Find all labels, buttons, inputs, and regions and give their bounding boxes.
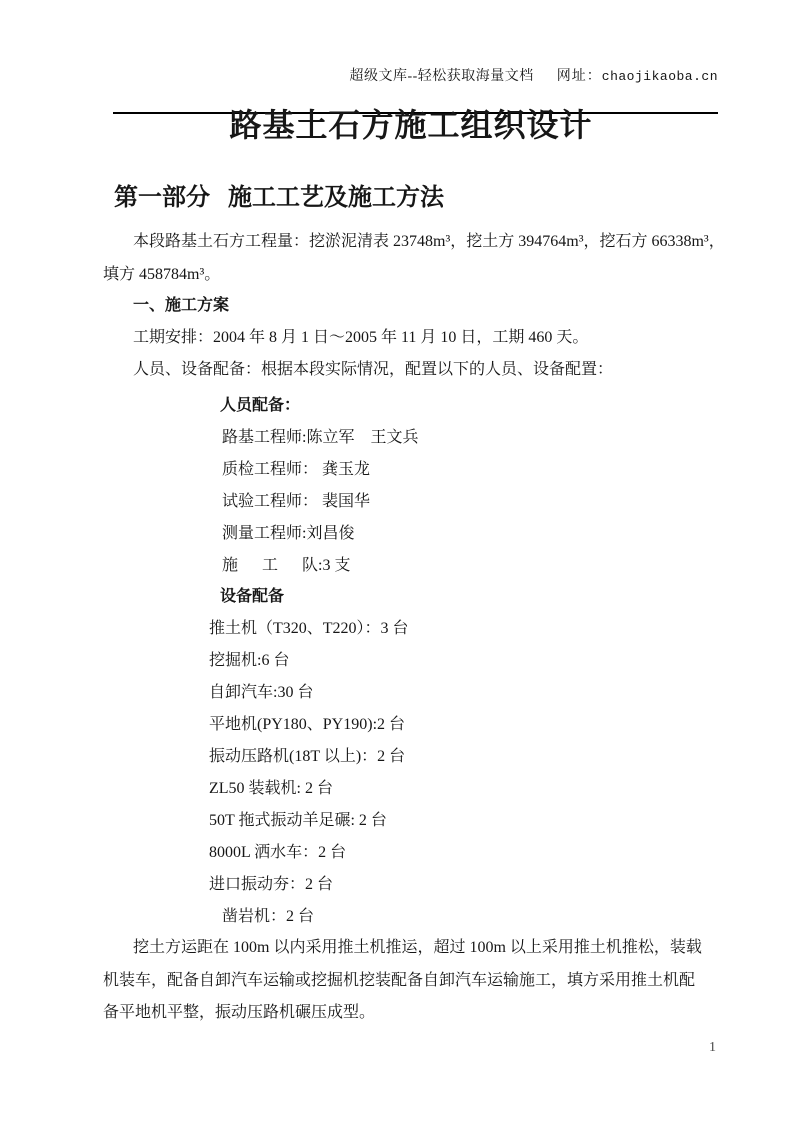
part1-heading: 第一部分 施工工艺及施工方法 (114, 181, 444, 215)
header-slogan: 超级文库--轻松获取海量文档 (349, 69, 533, 84)
equipment-item: 凿岩机：2 台 (103, 901, 743, 933)
equipment-item: ZL50 装载机: 2 台 (103, 773, 743, 805)
resource-list: 人员配备： 路基工程师:陈立军 王文兵 质检工程师： 龚玉龙 试验工程师： 裴国… (103, 390, 743, 932)
header-site-url: chaojikaoba.cn (602, 69, 718, 84)
staffing-paragraph: 人员、设备配备：根据本段实际情况，配置以下的人员、设备配置： (103, 354, 743, 387)
equipment-item: 8000L 洒水车：2 台 (103, 837, 743, 869)
equipment-item: 50T 拖式振动羊足碾: 2 台 (103, 805, 743, 837)
page-header: 超级文库--轻松获取海量文档网址：chaojikaoba.cn (113, 47, 718, 114)
schedule-line: 工期安排：2004 年 8 月 1 日～2005 年 11 月 10 日，工期 … (103, 322, 743, 355)
intro-line1: 本段路基土石方工程量：挖淤泥清表 23748m³，挖土方 394764m³，挖石… (103, 226, 743, 259)
closing-line3: 备平地机平整，振动压路机碾压成型。 (103, 997, 743, 1030)
plan-heading: 一、施工方案 (133, 290, 229, 323)
page-number: 1 (709, 1039, 716, 1057)
closing-paragraph: 挖土方运距在 100m 以内采用推土机推运，超过 100m 以上采用推土机推松，… (103, 932, 743, 1030)
document-title: 路基土石方施工组织设计 (104, 105, 718, 145)
personnel-item: 测量工程师:刘昌俊 (103, 518, 743, 550)
personnel-item: 路基工程师:陈立军 王文兵 (103, 422, 743, 454)
intro-paragraph: 本段路基土石方工程量：挖淤泥清表 23748m³，挖土方 394764m³，挖石… (103, 226, 743, 291)
equipment-item: 振动压路机(18T 以上)：2 台 (103, 741, 743, 773)
equipment-item: 自卸汽车:30 台 (103, 677, 743, 709)
header-site-label: 网址： (557, 69, 602, 84)
equipment-item: 进口振动夯：2 台 (103, 869, 743, 901)
equipment-heading: 设备配备 (103, 581, 743, 613)
document-page: 超级文库--轻松获取海量文档网址：chaojikaoba.cn 路基土石方施工组… (0, 0, 793, 1122)
equipment-item: 挖掘机:6 台 (103, 645, 743, 677)
equipment-item: 推土机（T320、T220）：3 台 (103, 613, 743, 645)
personnel-heading: 人员配备： (103, 390, 743, 422)
intro-line2: 填方 458784m³。 (103, 259, 743, 292)
personnel-item: 施 工 队:3 支 (103, 550, 743, 582)
equipment-item: 平地机(PY180、PY190):2 台 (103, 709, 743, 741)
schedule-paragraph: 工期安排：2004 年 8 月 1 日～2005 年 11 月 10 日，工期 … (103, 322, 743, 355)
staffing-line: 人员、设备配备：根据本段实际情况，配置以下的人员、设备配置： (103, 354, 743, 387)
personnel-item: 质检工程师： 龚玉龙 (103, 454, 743, 486)
closing-line2: 机装车，配备自卸汽车运输或挖掘机挖装配备自卸汽车运输施工，填方采用推土机配 (103, 965, 743, 998)
closing-line1: 挖土方运距在 100m 以内采用推土机推运，超过 100m 以上采用推土机推松，… (103, 932, 743, 965)
personnel-item: 试验工程师： 裴国华 (103, 486, 743, 518)
